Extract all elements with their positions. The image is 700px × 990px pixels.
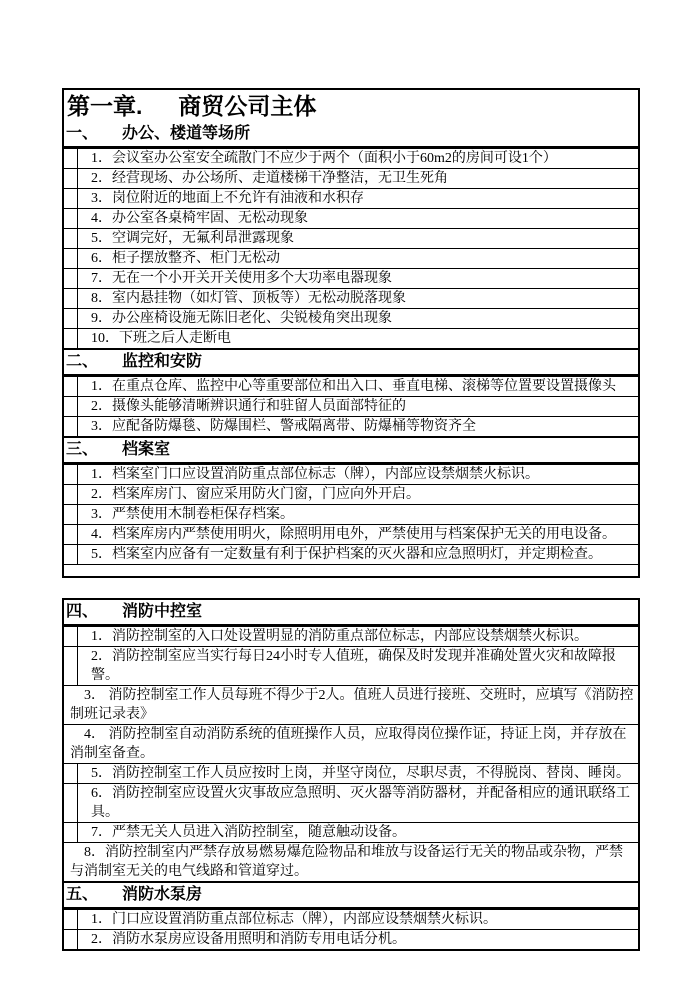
row-stub-cell bbox=[64, 627, 78, 646]
section-header-row: 五、消防水泵房 bbox=[64, 881, 638, 909]
checklist-item-row: 2．消防水泵房应设备用照明和消防专用电话分机。 bbox=[64, 929, 638, 949]
item-text: 5．档案室内应备有一定数量有利于保护档案的灭火器和应急照明灯，并定期检查。 bbox=[78, 545, 638, 564]
checklist-item-row: 8．室内悬挂物（如灯管、顶板等）无松动脱落现象 bbox=[64, 288, 638, 308]
row-stub-cell bbox=[64, 209, 78, 228]
section-title: 消防水泵房 bbox=[122, 884, 636, 906]
sections-block-2: 四、消防中控室1．消防控制室的入口处设置明显的消防重点部位标志，内部应设禁烟禁火… bbox=[64, 600, 638, 949]
item-text: 7．严禁无关人员进入消防控制室，随意触动设备。 bbox=[78, 823, 638, 842]
row-stub-cell bbox=[64, 910, 78, 929]
section-number: 三、 bbox=[66, 439, 122, 461]
chapter-label: 第一章. bbox=[67, 93, 142, 119]
checklist-item-row: 5．空调完好，无氟利昂泄露现象 bbox=[64, 228, 638, 248]
section-title: 消防中控室 bbox=[122, 601, 636, 623]
checklist-item-row: 2．摄像头能够清晰辨识通行和驻留人员面部特征的 bbox=[64, 396, 638, 416]
section-header-row: 四、消防中控室 bbox=[64, 600, 638, 626]
row-stub-cell bbox=[64, 784, 78, 822]
row-stub-cell bbox=[64, 229, 78, 248]
checklist-item-row: 4． 消防控制室自动消防系统的值班操作人员，应取得岗位操作证，持证上岗，并存放在… bbox=[64, 724, 638, 763]
item-text: 1．会议室办公室安全疏散门不应少于两个（面积小于60m2的房间可设1个） bbox=[78, 149, 638, 168]
row-stub-cell bbox=[64, 930, 78, 949]
row-stub-cell bbox=[64, 169, 78, 188]
item-text: 9．办公座椅设施无陈旧老化、尖锐棱角突出现象 bbox=[78, 309, 638, 328]
row-stub-cell bbox=[64, 525, 78, 544]
row-stub-cell bbox=[64, 309, 78, 328]
checklist-item-row: 9．办公座椅设施无陈旧老化、尖锐棱角突出现象 bbox=[64, 308, 638, 328]
item-text: 3．应配备防爆毯、防爆围栏、警戒隔离带、防爆桶等物资齐全 bbox=[78, 417, 638, 436]
checklist-item-row: 1．门口应设置消防重点部位标志（牌），内部应设禁烟禁火标识。 bbox=[64, 909, 638, 929]
item-text: 4． 消防控制室自动消防系统的值班操作人员，应取得岗位操作证，持证上岗，并存放在… bbox=[64, 725, 638, 763]
row-stub-cell bbox=[64, 289, 78, 308]
checklist-item-row: 1．在重点仓库、监控中心等重要部位和出入口、垂直电梯、滚梯等位置要设置摄像头 bbox=[64, 376, 638, 396]
row-stub-cell bbox=[64, 505, 78, 524]
checklist-item-row: 1．会议室办公室安全疏散门不应少于两个（面积小于60m2的房间可设1个） bbox=[64, 148, 638, 168]
item-text: 6．消防控制室应设置火灾事故应急照明、灭火器等消防器材，并配备相应的通讯联络工具… bbox=[78, 784, 638, 822]
checklist-item-row: 6．柜子摆放整齐、柜门无松动 bbox=[64, 248, 638, 268]
item-text: 1．消防控制室的入口处设置明显的消防重点部位标志，内部应设禁烟禁火标识。 bbox=[78, 627, 638, 646]
checklist-item-row: 1．档案室门口应设置消防重点部位标志（牌），内部应设禁烟禁火标识。 bbox=[64, 464, 638, 484]
row-stub-cell bbox=[64, 417, 78, 436]
sections-block-1: 一、办公、楼道等场所1．会议室办公室安全疏散门不应少于两个（面积小于60m2的房… bbox=[64, 122, 638, 576]
checklist-item-row: 2．档案库房门、窗应采用防火门窗，门应向外开启。 bbox=[64, 484, 638, 504]
section-header-row: 一、办公、楼道等场所 bbox=[64, 122, 638, 148]
checklist-item-row: 7．无在一个小开关开关使用多个大功率电器现象 bbox=[64, 268, 638, 288]
item-text: 5．消防控制室工作人员应按时上岗，并坚守岗位，尽职尽责，不得脱岗、替岗、睡岗。 bbox=[78, 764, 638, 783]
checklist-item-row: 10．下班之后人走断电 bbox=[64, 328, 638, 348]
item-text: 1．门口应设置消防重点部位标志（牌），内部应设禁烟禁火标识。 bbox=[78, 910, 638, 929]
checklist-item-row: 2．经营现场、办公场所、走道楼梯干净整洁，无卫生死角 bbox=[64, 168, 638, 188]
item-text: 6．柜子摆放整齐、柜门无松动 bbox=[78, 249, 638, 268]
row-stub-cell bbox=[64, 764, 78, 783]
item-text: 4．档案库房内严禁使用明火，除照明用电外，严禁使用与档案保护无关的用电设备。 bbox=[78, 525, 638, 544]
section-number: 二、 bbox=[66, 351, 122, 373]
item-text: 4．办公室各桌椅牢固、无松动现象 bbox=[78, 209, 638, 228]
row-stub-cell bbox=[64, 269, 78, 288]
item-text: 3．岗位附近的地面上不允许有油液和水积存 bbox=[78, 189, 638, 208]
row-stub-cell bbox=[64, 329, 78, 348]
row-stub-cell bbox=[64, 397, 78, 416]
item-text: 2．经营现场、办公场所、走道楼梯干净整洁，无卫生死角 bbox=[78, 169, 638, 188]
section-number: 五、 bbox=[66, 884, 122, 906]
row-stub-cell bbox=[64, 189, 78, 208]
checklist-item-row: 4．办公室各桌椅牢固、无松动现象 bbox=[64, 208, 638, 228]
row-stub-cell bbox=[64, 377, 78, 396]
chapter-title: 商贸公司主体 bbox=[178, 93, 316, 119]
item-text: 3． 消防控制室工作人员每班不得少于2人。值班人员进行接班、交班时，应填写《消防… bbox=[64, 686, 638, 724]
item-text: 5．空调完好，无氟利昂泄露现象 bbox=[78, 229, 638, 248]
section-title: 监控和安防 bbox=[122, 351, 636, 373]
item-text: 1．在重点仓库、监控中心等重要部位和出入口、垂直电梯、滚梯等位置要设置摄像头 bbox=[78, 377, 638, 396]
item-text: 8．消防控制室内严禁存放易燃易爆危险物品和堆放与设备运行无关的物品或杂物，严禁与… bbox=[64, 843, 638, 881]
item-text: 10．下班之后人走断电 bbox=[78, 329, 638, 348]
blank-spacer-row bbox=[64, 564, 638, 576]
row-stub-cell bbox=[64, 249, 78, 268]
item-text: 2．消防水泵房应设备用照明和消防专用电话分机。 bbox=[78, 930, 638, 949]
checklist-item-row: 3．严禁使用木制卷柜保存档案。 bbox=[64, 504, 638, 524]
checklist-item-row: 3．岗位附近的地面上不允许有油液和水积存 bbox=[64, 188, 638, 208]
item-text: 2．摄像头能够清晰辨识通行和驻留人员面部特征的 bbox=[78, 397, 638, 416]
checklist-item-row: 6．消防控制室应设置火灾事故应急照明、灭火器等消防器材，并配备相应的通讯联络工具… bbox=[64, 783, 638, 822]
checklist-item-row: 5．消防控制室工作人员应按时上岗，并坚守岗位，尽职尽责，不得脱岗、替岗、睡岗。 bbox=[64, 763, 638, 783]
section-title: 档案室 bbox=[122, 439, 636, 461]
item-text: 1．档案室门口应设置消防重点部位标志（牌），内部应设禁烟禁火标识。 bbox=[78, 465, 638, 484]
document-page: 第一章.商贸公司主体 一、办公、楼道等场所1．会议室办公室安全疏散门不应少于两个… bbox=[62, 88, 640, 951]
checklist-item-row: 4．档案库房内严禁使用明火，除照明用电外，严禁使用与档案保护无关的用电设备。 bbox=[64, 524, 638, 544]
section-header-row: 三、档案室 bbox=[64, 436, 638, 464]
chapter-title-row: 第一章.商贸公司主体 bbox=[64, 90, 638, 122]
row-stub-cell bbox=[64, 647, 78, 685]
row-stub-cell bbox=[64, 465, 78, 484]
item-text: 3．严禁使用木制卷柜保存档案。 bbox=[78, 505, 638, 524]
checklist-item-row: 3．应配备防爆毯、防爆围栏、警戒隔离带、防爆桶等物资齐全 bbox=[64, 416, 638, 436]
checklist-table-lower: 四、消防中控室1．消防控制室的入口处设置明显的消防重点部位标志，内部应设禁烟禁火… bbox=[62, 598, 640, 951]
checklist-table-upper: 第一章.商贸公司主体 一、办公、楼道等场所1．会议室办公室安全疏散门不应少于两个… bbox=[62, 88, 640, 578]
section-title: 办公、楼道等场所 bbox=[122, 123, 636, 145]
section-number: 一、 bbox=[66, 123, 122, 145]
checklist-item-row: 7．严禁无关人员进入消防控制室，随意触动设备。 bbox=[64, 822, 638, 842]
checklist-item-row: 3． 消防控制室工作人员每班不得少于2人。值班人员进行接班、交班时，应填写《消防… bbox=[64, 685, 638, 724]
item-text: 2．档案库房门、窗应采用防火门窗，门应向外开启。 bbox=[78, 485, 638, 504]
row-stub-cell bbox=[64, 823, 78, 842]
row-stub-cell bbox=[64, 149, 78, 168]
checklist-item-row: 5．档案室内应备有一定数量有利于保护档案的灭火器和应急照明灯，并定期检查。 bbox=[64, 544, 638, 564]
checklist-item-row: 1．消防控制室的入口处设置明显的消防重点部位标志，内部应设禁烟禁火标识。 bbox=[64, 626, 638, 646]
checklist-item-row: 8．消防控制室内严禁存放易燃易爆危险物品和堆放与设备运行无关的物品或杂物，严禁与… bbox=[64, 842, 638, 881]
item-text: 8．室内悬挂物（如灯管、顶板等）无松动脱落现象 bbox=[78, 289, 638, 308]
section-number: 四、 bbox=[66, 601, 122, 623]
section-header-row: 二、监控和安防 bbox=[64, 348, 638, 376]
checklist-item-row: 2．消防控制室应当实行每日24小时专人值班，确保及时发现并准确处置火灾和故障报警… bbox=[64, 646, 638, 685]
item-text: 7．无在一个小开关开关使用多个大功率电器现象 bbox=[78, 269, 638, 288]
item-text: 2．消防控制室应当实行每日24小时专人值班，确保及时发现并准确处置火灾和故障报警… bbox=[78, 647, 638, 685]
row-stub-cell bbox=[64, 485, 78, 504]
row-stub-cell bbox=[64, 545, 78, 564]
